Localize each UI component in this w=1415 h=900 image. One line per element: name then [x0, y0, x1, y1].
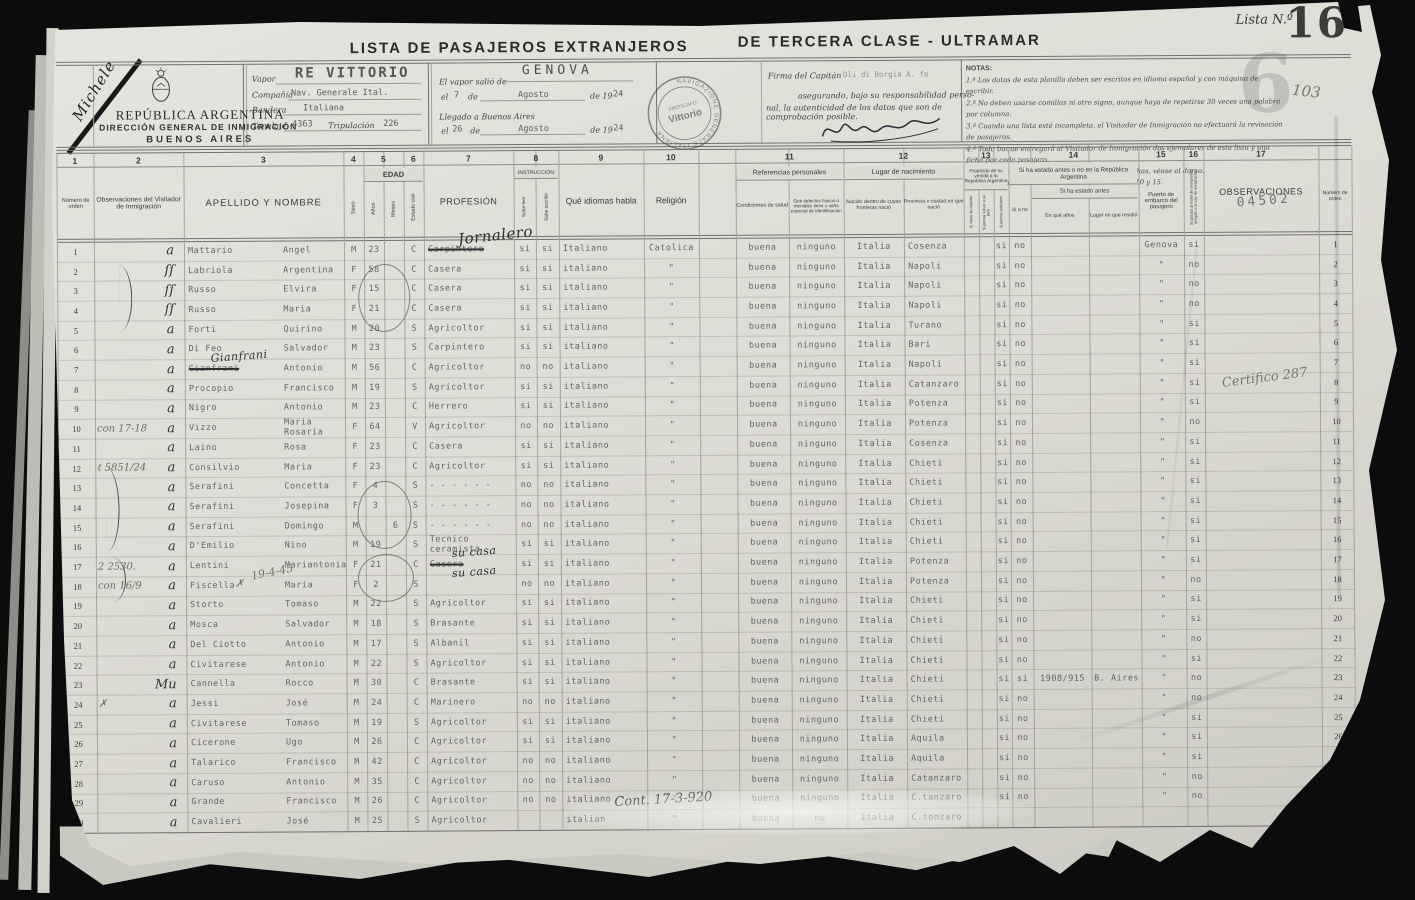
cell-prof: Casera — [424, 259, 514, 279]
cell-civ: C — [405, 397, 425, 417]
cell-p13: si — [994, 335, 1009, 355]
cell-aa — [1032, 492, 1090, 512]
cell-sal: buena — [737, 434, 790, 454]
tripulacion-value: 226 — [383, 119, 398, 129]
cell-sex: F — [345, 437, 365, 457]
col-header-sabe-escribir: Sabe escribir — [536, 181, 559, 233]
cell-a: 26 — [367, 792, 387, 812]
cell-a: 24 — [367, 693, 387, 713]
cell-obs: a — [94, 320, 184, 340]
cell-antes: no — [1009, 295, 1031, 315]
cell-antes: no — [1011, 591, 1033, 611]
cell-idi: italiano — [562, 751, 647, 771]
cell-gap — [700, 356, 737, 376]
cell-m — [385, 437, 405, 457]
cell-n2: 29 — [1322, 786, 1355, 806]
cell-sur: Consilvio — [185, 457, 280, 477]
cell-p13: si — [996, 571, 1011, 591]
col-number: 7 — [423, 151, 513, 165]
cell-pue: " — [1141, 629, 1186, 649]
agency-city: BUENOS AIRES — [110, 133, 290, 145]
cell-leer: si — [515, 377, 537, 397]
cell-sal: buena — [736, 336, 789, 356]
cell-obs17 — [1205, 490, 1320, 510]
col-header-sexo: Sexo — [344, 180, 364, 235]
cell-rel: " — [646, 612, 701, 632]
cell-prof: Marinero — [427, 692, 517, 712]
cell-def: ninguno — [791, 552, 846, 572]
cell-p13b — [980, 473, 995, 493]
cell-antes: no — [1010, 472, 1032, 492]
cell-n: 13 — [58, 478, 95, 498]
cell-p13b — [979, 335, 994, 355]
cell-sur: Cicerone — [187, 733, 282, 753]
cell-n: 17 — [59, 557, 96, 577]
col-number: 14 — [1008, 147, 1138, 161]
cell-n: 27 — [60, 754, 97, 774]
cell-hot: si — [1185, 393, 1205, 413]
cell-obs: a — [97, 734, 187, 754]
cell-leer: no — [515, 357, 537, 377]
cell-p13b — [979, 295, 994, 315]
cell-leer: no — [515, 475, 537, 495]
cell-obs: a — [95, 340, 185, 360]
cell-antes: no — [1010, 433, 1032, 453]
cell-antes: no — [1011, 650, 1033, 670]
cell-sur: Civitarese — [187, 713, 282, 733]
cell-n2: 22 — [1321, 648, 1354, 668]
cell-a: 26 — [367, 732, 387, 752]
cell-al: B. Aires — [1092, 669, 1142, 689]
cell-leer: si — [515, 436, 537, 456]
cell-esc: si — [536, 239, 559, 259]
cell-esc: no — [537, 475, 560, 495]
pen-slash-mark — [63, 3, 94, 26]
cell-antes: no — [1012, 768, 1034, 788]
cell-aa — [1031, 255, 1089, 275]
cell-n2: 2 — [1319, 254, 1352, 274]
lista-number-stamp: 16 — [1285, 0, 1348, 47]
cell-al — [1090, 413, 1140, 433]
cell-obs17 — [1204, 234, 1319, 254]
cell-p13a — [964, 276, 979, 296]
cell-n: 11 — [58, 439, 95, 459]
cell-n: 14 — [58, 498, 95, 518]
age-circle — [357, 481, 411, 549]
cell-p13: si — [995, 394, 1010, 414]
cell-n2: 17 — [1321, 549, 1354, 569]
cell-prov: Bari — [904, 335, 964, 355]
cell-prov: Turano — [904, 315, 964, 335]
cell-prov: Napoli — [904, 276, 964, 296]
cell-nac: Italia — [846, 572, 906, 592]
cell-obs17 — [1206, 510, 1321, 530]
cell-sal: buena — [739, 769, 792, 789]
cell-civ: S — [406, 653, 426, 673]
cell-prof: Agricoltor — [427, 771, 517, 791]
cell-sur: Cavalieri — [187, 812, 282, 832]
cell-rel: " — [647, 730, 702, 750]
cell-pue: Genova — [1139, 235, 1184, 255]
cell-antes: si — [1012, 669, 1034, 689]
cell-nac: Italia — [845, 453, 905, 473]
cell-civ: S — [407, 712, 427, 732]
cell-m — [386, 634, 406, 654]
cell-obs17 — [1206, 628, 1321, 648]
cell-aa — [1032, 472, 1090, 492]
cell-sal: buena — [738, 631, 791, 651]
cell-rel: " — [644, 297, 699, 317]
col-number: 5 — [363, 152, 403, 165]
salio-year: 24 — [613, 89, 623, 99]
cell-hot: si — [1184, 314, 1204, 334]
cell-antes: no — [1009, 334, 1031, 354]
cell-a: 35 — [367, 772, 387, 792]
cell-obs: a — [96, 615, 186, 635]
cell-p13b — [980, 433, 995, 453]
cell-prov: Potenza — [905, 414, 965, 434]
cell-obs: Mu — [97, 675, 187, 695]
cell-a: 23 — [365, 457, 385, 477]
cell-al — [1089, 255, 1139, 275]
cell-n: 16 — [59, 537, 96, 557]
cell-p13a — [965, 374, 980, 394]
cell-pue: " — [1139, 294, 1184, 314]
cell-prov: Chieti — [907, 709, 967, 729]
cell-hot: no — [1186, 629, 1206, 649]
cell-p13: si — [997, 709, 1012, 729]
cell-sur: Nigro — [185, 398, 280, 418]
cell-n2: 8 — [1320, 372, 1353, 392]
cell-esc: si — [537, 396, 560, 416]
cell-esc — [539, 810, 562, 830]
cell-prov: Chieti — [906, 591, 966, 611]
cell-p13b — [982, 748, 997, 768]
cell-nac: Italia — [845, 473, 905, 493]
cell-civ: S — [405, 378, 425, 398]
cell-giv: Maria Rosaria — [280, 417, 345, 437]
cell-prof: - - - - - - — [426, 515, 516, 535]
cell-p13b — [981, 650, 996, 670]
cell-leer: si — [514, 259, 536, 279]
cell-pue: " — [1140, 432, 1185, 452]
cell-esc: si — [538, 633, 561, 653]
cell-p13a — [964, 256, 979, 276]
cell-pue: " — [1141, 531, 1186, 551]
cell-obs17 — [1206, 530, 1321, 550]
cell-giv: Antonio — [281, 654, 346, 674]
cell-giv: Angel — [279, 240, 344, 260]
cell-gap — [701, 612, 738, 632]
cell-n2: 9 — [1320, 392, 1353, 412]
cell-nac: Italia — [846, 532, 906, 552]
cell-leer: si — [516, 534, 538, 554]
cell-a: 64 — [365, 417, 385, 437]
cell-hot: si — [1187, 747, 1207, 767]
salio-de-label: de — [468, 92, 478, 101]
cell-p13: si — [996, 551, 1011, 571]
cell-esc: no — [537, 357, 560, 377]
cell-p13a — [964, 236, 979, 256]
cell-pue: " — [1140, 412, 1185, 432]
cell-obs17 — [1206, 609, 1321, 629]
cell-pue: " — [1142, 787, 1187, 807]
cell-aa: 1908/915 — [1034, 669, 1092, 689]
cell-antes: no — [1012, 748, 1034, 768]
cell-obs17 — [1207, 786, 1322, 806]
cell-hot: no — [1187, 787, 1207, 807]
cell-pue: " — [1139, 274, 1184, 294]
cell-aa — [1033, 610, 1091, 630]
cell-prov: Chieti — [906, 512, 966, 532]
cell-leer: si — [514, 278, 536, 298]
observaciones-number-stamp: 04502 — [1236, 192, 1291, 211]
cell-n2: 1 — [1319, 234, 1352, 254]
cell-pue: " — [1140, 373, 1185, 393]
cell-pue: " — [1141, 570, 1186, 590]
cell-obs: ſſ — [94, 300, 184, 320]
cell-prov: Chieti — [905, 473, 965, 493]
cell-nac: Italia — [846, 631, 906, 651]
cell-prof: Agricoltor — [427, 732, 517, 752]
cell-sur: Russo — [184, 280, 279, 300]
cell-esc: si — [536, 318, 559, 338]
cell-aa — [1032, 374, 1090, 394]
cell-giv: Francisco — [280, 378, 345, 398]
cell-prof: Agricoltor — [427, 791, 517, 811]
cell-p13: si — [995, 492, 1010, 512]
cell-aa — [1032, 452, 1090, 472]
cell-gap — [701, 592, 738, 612]
firma-label: Firma del Capitán — [768, 71, 842, 80]
cell-esc: si — [538, 554, 561, 574]
cell-p13a — [966, 532, 981, 552]
cell-n: 15 — [59, 517, 96, 537]
cell-p13b — [982, 729, 997, 749]
cell-idi: Italiano — [559, 238, 644, 258]
cell-prov: Chieti — [906, 650, 966, 670]
cell-civ: S — [407, 811, 427, 831]
cell-def: ninguno — [790, 414, 845, 434]
cell-prof: Casera — [424, 298, 514, 318]
cell-civ: V — [405, 417, 425, 437]
cell-m — [385, 417, 405, 437]
cell-hot: no — [1187, 668, 1207, 688]
cell-def: ninguno — [792, 730, 847, 750]
cell-leer: no — [517, 692, 539, 712]
cell-p13a — [966, 591, 981, 611]
col-header-proposito-transito: Si viene de tránsito — [964, 191, 979, 233]
cell-idi: italiano — [560, 357, 645, 377]
cell-n2: 7 — [1320, 352, 1353, 372]
cell-sex: M — [345, 378, 365, 398]
col-header-si-o-no: Sí o no — [1009, 190, 1031, 230]
cell-obs: con 16/9a — [96, 576, 186, 596]
cell-gap — [701, 533, 738, 553]
cell-esc: no — [538, 515, 561, 535]
cell-nac: Italia — [845, 394, 905, 414]
cell-prov: Cosenza — [905, 433, 965, 453]
cell-al — [1092, 728, 1142, 748]
salio-de19-label: de 19 — [590, 92, 613, 101]
cell-leer: si — [516, 554, 538, 574]
cell-pue: " — [1141, 649, 1186, 669]
cell-a: 23 — [365, 437, 385, 457]
cell-civ: C — [405, 456, 425, 476]
cell-pue: " — [1142, 688, 1187, 708]
cell-leer: no — [515, 495, 537, 515]
cell-hot: si — [1187, 708, 1207, 728]
cell-pue: " — [1142, 728, 1187, 748]
cell-hot: si — [1186, 550, 1206, 570]
cell-sur: GianfraniGianfrani — [185, 359, 280, 379]
cell-obs: ✗a — [97, 694, 187, 714]
cell-rel: " — [647, 671, 702, 691]
cell-esc: no — [539, 751, 562, 771]
col-header-proposito-volver: Si piensa volver a su país — [979, 191, 994, 233]
llegada-label: Llegado a Buenos Aires — [439, 112, 535, 122]
cell-prof: Brasante — [426, 613, 516, 633]
col-header-estado-antes-grupo: Si ha estado antes o no en la República … — [1009, 162, 1137, 185]
cell-m — [386, 653, 406, 673]
col-number: 11 — [735, 149, 843, 163]
col-header-estado-civil: Estado civil — [404, 180, 424, 235]
cell-civ: C — [407, 673, 427, 693]
cell-hot: si — [1185, 471, 1205, 491]
cell-obs: a — [97, 714, 187, 734]
cell-aa — [1032, 354, 1090, 374]
cell-giv: Francisco — [282, 792, 347, 812]
cell-obs17 — [1205, 451, 1320, 471]
cell-def: ninguno — [790, 434, 845, 454]
cell-leer: si — [514, 318, 536, 338]
cell-p13: si — [994, 236, 1009, 256]
cell-al — [1091, 629, 1141, 649]
cell-sur: Del Ciotto — [186, 635, 281, 655]
cell-idi: italiano — [559, 337, 644, 357]
cell-sex: F — [345, 417, 365, 437]
cell-esc: si — [539, 672, 562, 692]
cell-prof: Agricoltor — [426, 653, 516, 673]
page-title-left: LISTA DE PASAJEROS EXTRANJEROS — [350, 38, 689, 57]
cell-def: ninguno — [792, 671, 847, 691]
cell-obs: a — [95, 379, 185, 399]
cell-sal: buena — [739, 691, 792, 711]
cell-m — [385, 358, 405, 378]
cell-a: 56 — [365, 358, 385, 378]
cell-giv: Ugo — [282, 733, 347, 753]
cell-def: ninguno — [791, 592, 846, 612]
cell-obs: a — [97, 753, 187, 773]
cell-aa — [1031, 275, 1089, 295]
cell-civ: C — [404, 240, 424, 260]
cell-nac: Italia — [844, 335, 904, 355]
cell-p13: si — [994, 315, 1009, 335]
cell-gap — [700, 415, 737, 435]
cell-n2: 11 — [1320, 431, 1353, 451]
cell-idi: italiano — [560, 376, 645, 396]
cell-obs17 — [1207, 766, 1322, 786]
cell-esc: si — [538, 593, 561, 613]
cell-gap — [702, 730, 739, 750]
cell-prof: CarpinteroJornalero — [424, 239, 514, 259]
cell-giv: José — [282, 693, 347, 713]
cell-pue: " — [1141, 609, 1186, 629]
cell-civ: S — [406, 634, 426, 654]
cell-sex: M — [346, 614, 366, 634]
cell-sal: buena — [739, 710, 792, 730]
cell-p13b — [979, 236, 994, 256]
cell-rel: " — [646, 573, 701, 593]
cell-rel: " — [644, 317, 699, 337]
cell-p13a — [965, 394, 980, 414]
cell-civ: S — [406, 594, 426, 614]
cell-obs: a — [95, 399, 185, 419]
cell-aa — [1032, 413, 1090, 433]
cell-giv: Salvador — [281, 614, 346, 634]
cell-p13b — [981, 551, 996, 571]
cell-idi: italiano — [560, 435, 645, 455]
cell-gap — [702, 750, 739, 770]
cell-p13b — [981, 571, 996, 591]
cell-p13: si — [996, 591, 1011, 611]
cell-a: 19 — [365, 378, 385, 398]
cell-sex: M — [346, 595, 366, 615]
cell-antes: no — [1011, 551, 1033, 571]
cell-leer: si — [517, 672, 539, 692]
cell-civ: C — [407, 772, 427, 792]
cell-civ: C — [405, 437, 425, 457]
cell-antes: no — [1009, 236, 1031, 256]
cell-sex: M — [347, 713, 367, 733]
cell-giv: Maria — [280, 457, 345, 477]
cell-esc: si — [538, 613, 561, 633]
cell-leer: si — [514, 298, 536, 318]
cell-civ: C — [404, 259, 424, 279]
col-number: 16 — [1183, 147, 1203, 160]
cell-prov: Aquila — [907, 749, 967, 769]
cell-aa — [1033, 630, 1091, 650]
cell-m — [387, 673, 407, 693]
cell-sex: M — [347, 752, 367, 772]
cell-p13a — [967, 709, 982, 729]
cell-idi: italiano — [559, 278, 644, 298]
cell-hot: si — [1186, 530, 1206, 550]
cell-gap — [702, 711, 739, 731]
cell-gap — [700, 376, 737, 396]
cell-nac: Italia — [846, 650, 906, 670]
cell-sur: Talarico — [187, 753, 282, 773]
cell-al — [1089, 235, 1139, 255]
cell-sex: M — [347, 733, 367, 753]
cell-m — [385, 397, 405, 417]
cell-n2: 19 — [1321, 589, 1354, 609]
cell-def: ninguno — [791, 651, 846, 671]
cell-antes: no — [1012, 709, 1034, 729]
cell-sex: M — [345, 398, 365, 418]
cell-idi: italiano — [561, 514, 646, 534]
cell-p13a — [965, 492, 980, 512]
cell-n2: 6 — [1319, 333, 1352, 353]
cell-obs17 — [1205, 392, 1320, 412]
cell-sex: M — [344, 240, 364, 260]
cell-al — [1089, 275, 1139, 295]
cell-leer: no — [517, 791, 539, 811]
cell-leer: si — [515, 397, 537, 417]
cell-esc: si — [537, 377, 560, 397]
cell-obs: a — [97, 773, 187, 793]
cell-al — [1090, 491, 1140, 511]
